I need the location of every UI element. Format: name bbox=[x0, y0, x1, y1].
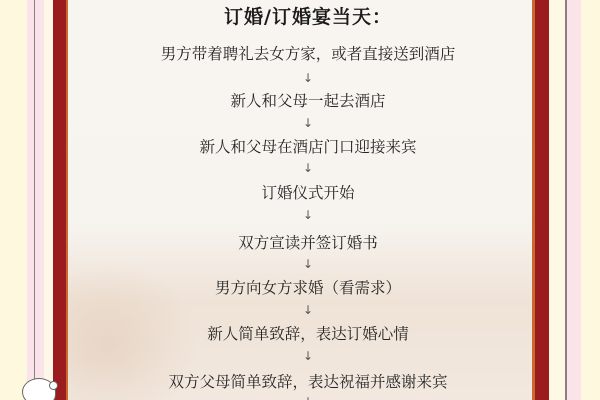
flow-step-4: 订婚仪式开始 bbox=[68, 181, 548, 203]
flow-step-2: 新人和父母一起去酒店 bbox=[68, 89, 548, 111]
left-cream-gap bbox=[44, 0, 53, 400]
down-arrow-icon: ↓ bbox=[68, 396, 548, 400]
down-arrow-icon: ↓ bbox=[68, 304, 548, 316]
flow-step-6: 男方向女方求婚（看需求） bbox=[68, 276, 548, 298]
flow-step-8: 双方父母简单致辞，表达祝福并感谢来宾 bbox=[68, 370, 548, 392]
down-arrow-icon: ↓ bbox=[68, 350, 548, 362]
down-arrow-icon: ↓ bbox=[68, 117, 548, 129]
left-red-border bbox=[53, 0, 66, 400]
down-arrow-icon: ↓ bbox=[68, 162, 548, 174]
flow-step-5: 双方宣读并签订婚书 bbox=[68, 231, 548, 253]
down-arrow-icon: ↓ bbox=[68, 258, 548, 270]
right-cream-gap bbox=[549, 0, 565, 400]
right-pink-border bbox=[567, 0, 581, 400]
flow-step-1: 男方带着聘礼去女方家，或者直接送到酒店 bbox=[68, 42, 548, 64]
down-arrow-icon: ↓ bbox=[68, 72, 548, 84]
flow-step-7: 新人简单致辞，表达订婚心情 bbox=[68, 322, 548, 344]
flow-step-3: 新人和父母在酒店门口迎接来宾 bbox=[68, 135, 548, 157]
left-gray-line bbox=[34, 0, 35, 400]
down-arrow-icon: ↓ bbox=[68, 209, 548, 221]
engagement-day-flow: 订婚/订婚宴当天： 男方带着聘礼去女方家，或者直接送到酒店 ↓ 新人和父母一起去… bbox=[68, 0, 548, 400]
left-pink-border bbox=[27, 0, 44, 400]
decorative-knot-icon bbox=[22, 378, 56, 400]
page-title: 订婚/订婚宴当天： bbox=[68, 2, 548, 29]
